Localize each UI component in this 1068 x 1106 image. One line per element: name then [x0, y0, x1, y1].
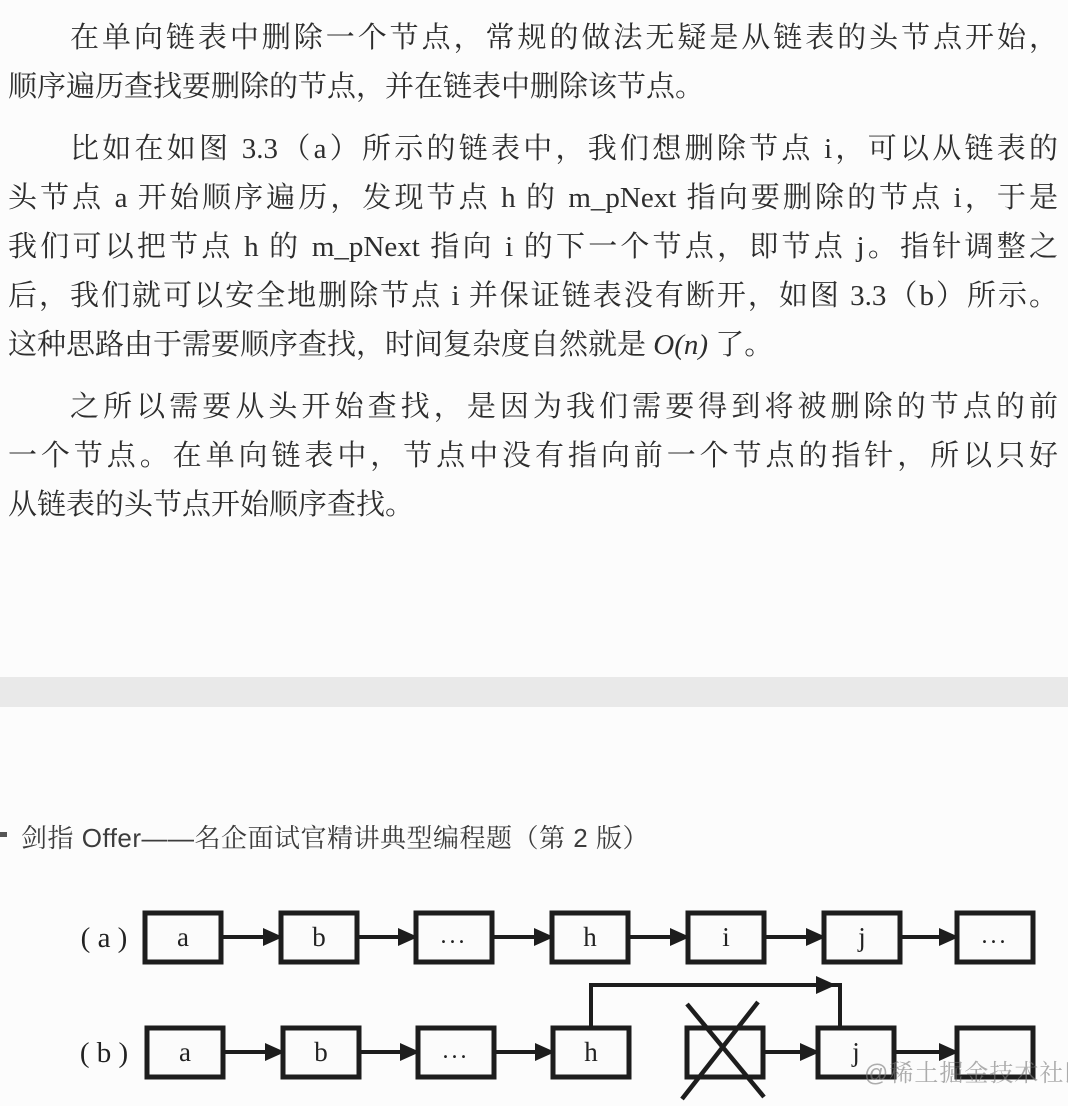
- list-node-label: j: [857, 922, 866, 952]
- linked-list-diagram: ( a )ab...hij...( b )ab...hj: [0, 0, 1068, 1106]
- list-node-label: i: [722, 922, 730, 952]
- book-page: 在单向链表中删除一个节点，常规的做法无疑是从链表的头节点开始，顺序遍历查找要删除…: [0, 0, 1068, 1106]
- list-node-label: h: [584, 1037, 598, 1067]
- list-node-label: ...: [982, 923, 1009, 949]
- list-node-label: h: [583, 922, 597, 952]
- figure-row-label: ( b ): [80, 1037, 128, 1069]
- list-node-label: a: [179, 1037, 191, 1067]
- watermark-text: @稀土掘金技术社区: [864, 1053, 1068, 1088]
- list-node-label: j: [851, 1037, 860, 1067]
- list-node-label: b: [314, 1037, 328, 1067]
- list-node-label: ...: [443, 1038, 470, 1064]
- bypass-arrow-line: [591, 985, 840, 1028]
- list-node-label: b: [312, 922, 326, 952]
- bypass-arrowhead: [816, 976, 836, 994]
- list-node-label: a: [177, 922, 189, 952]
- list-node-label: ...: [441, 923, 468, 949]
- figure-row-label: ( a ): [81, 922, 128, 954]
